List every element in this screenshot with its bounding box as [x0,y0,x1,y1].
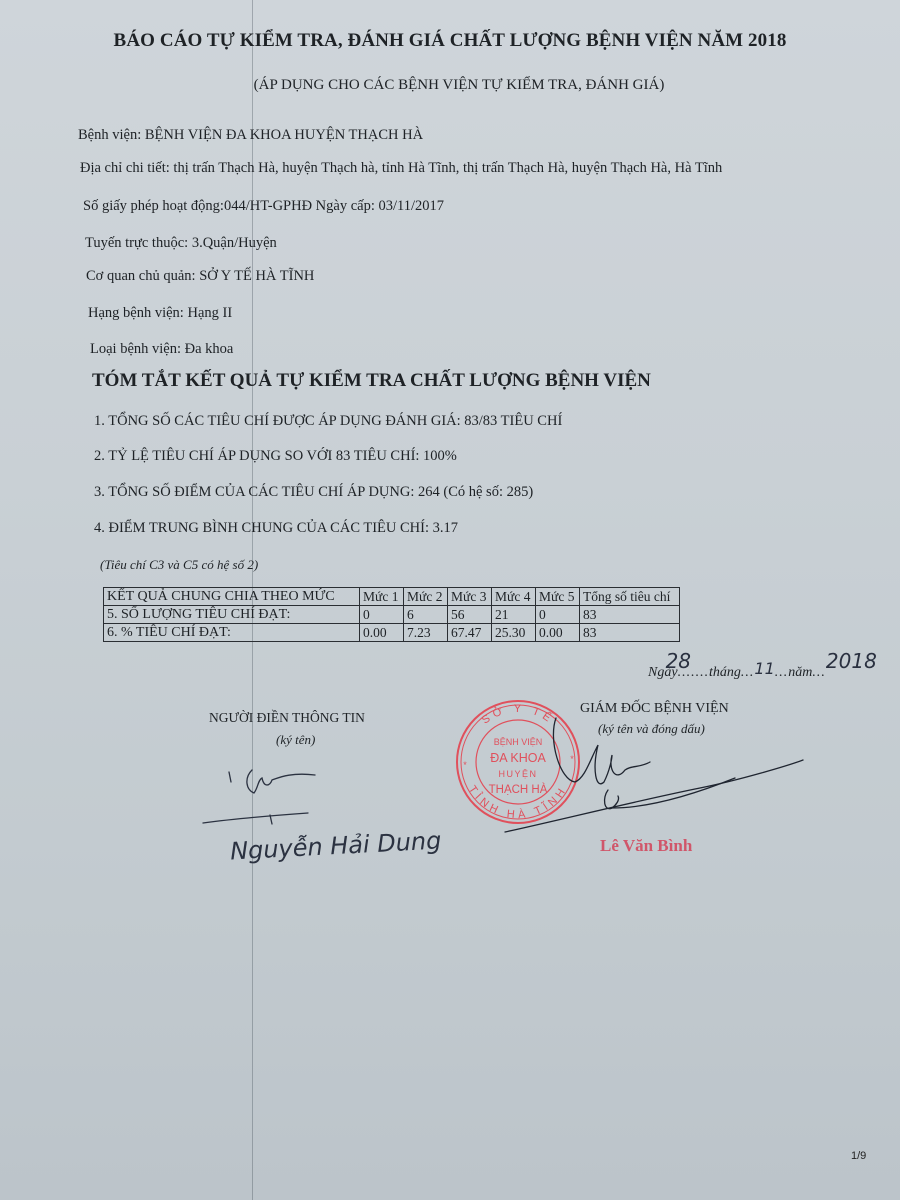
stamp-and-signatures-layer: SỞ Y TẾ TỈNH HÀ TĨNH BỆNH VIỆN ĐA KHOA H… [0,0,900,1200]
filler-signature [203,770,315,824]
svg-text:*: * [570,754,574,764]
stamp-line: HUYỆN [498,769,537,779]
hospital-stamp: SỞ Y TẾ TỈNH HÀ TĨNH BỆNH VIỆN ĐA KHOA H… [457,701,579,823]
svg-text:*: * [463,760,467,770]
stamp-line: ĐA KHOA [490,751,546,765]
stamp-line: BỆNH VIỆN [494,737,543,747]
page-number: 1/9 [851,1150,866,1162]
stamp-line: THẠCH HÀ [489,783,548,796]
